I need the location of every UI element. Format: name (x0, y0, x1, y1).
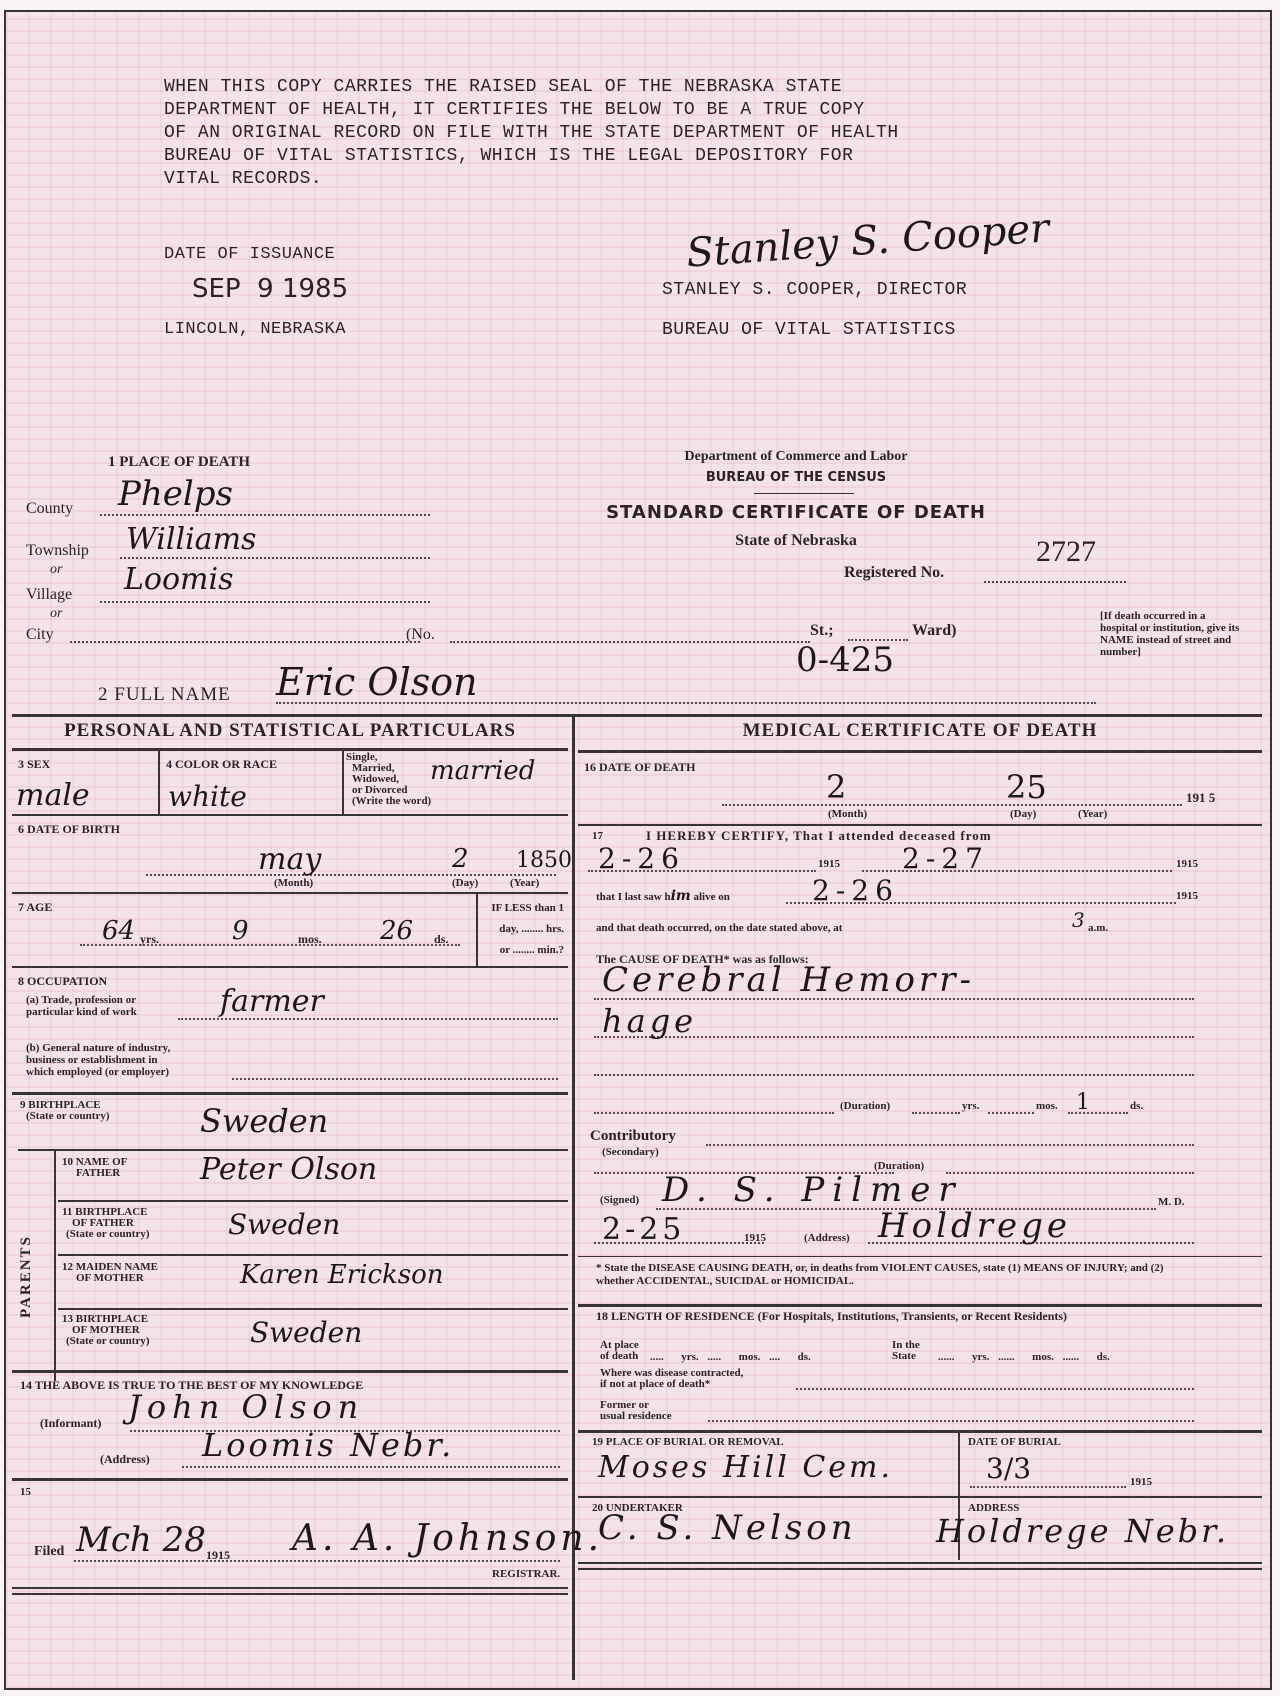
bottom-rule (12, 1593, 568, 1595)
row-divider (12, 1092, 568, 1095)
duration-line (594, 1112, 834, 1114)
last-saw-year: 1915 (1176, 890, 1198, 902)
former-residence-line (708, 1420, 1194, 1422)
row-divider (58, 1200, 568, 1202)
place-of-death-label: 1 PLACE OF DEATH (108, 454, 250, 471)
signed-date: 2-25 (602, 1212, 685, 1247)
contributory-line (706, 1144, 1194, 1146)
occupation-b-line: (b) General nature of industry, (26, 1042, 170, 1054)
row-divider (578, 1496, 1262, 1498)
last-saw-text: that I last saw h (596, 891, 671, 903)
year-caption: (Year) (510, 877, 539, 889)
mother-birthplace-label-line: (State or country) (62, 1336, 150, 1347)
village-line (100, 601, 430, 603)
bottom-rule (578, 1568, 1262, 1570)
at-place-units: ..... yrs. ..... mos. .... ds. (650, 1351, 811, 1363)
row-divider (12, 1478, 568, 1481)
filed-number: 15 (20, 1486, 31, 1498)
city-line (70, 641, 420, 643)
header-rule (754, 493, 854, 494)
physician-address-label: (Address) (804, 1232, 850, 1244)
city-label: City (26, 626, 54, 644)
filed-year: 1915 (206, 1548, 230, 1563)
ward-label: Ward) (912, 622, 956, 640)
undertaker-address-value: Holdrege Nebr. (936, 1512, 1229, 1550)
cause-line (594, 1074, 1194, 1076)
duration2-rest-line (946, 1172, 1194, 1174)
marital-label: Single, Married, Widowed, or Divorced (W… (346, 752, 431, 807)
in-state-label: In the State (892, 1340, 920, 1362)
duration-yrs-line (912, 1112, 960, 1114)
informant-address-value: Loomis Nebr. (202, 1426, 454, 1464)
medical-title-rule (578, 750, 1262, 753)
bottom-rule (578, 1562, 1262, 1564)
where-contracted-line (796, 1388, 1194, 1390)
director-bureau: BUREAU OF VITAL STATISTICS (662, 320, 956, 340)
duration-mos-line (988, 1112, 1034, 1114)
bureau-name: BUREAU OF THE CENSUS (626, 470, 966, 485)
hrs-label: hrs. (546, 923, 564, 935)
burial-date-value: 3/3 (986, 1452, 1031, 1485)
medical-section-title: MEDICAL CERTIFICATE OF DEATH (578, 720, 1262, 742)
birthplace-label: 9 BIRTHPLACE (State or country) (20, 1100, 110, 1122)
yrs-label: yrs. (140, 932, 159, 947)
row-divider (578, 1304, 1262, 1307)
day-caption: (Day) (1010, 808, 1036, 820)
less-than-label: IF LESS than 1 (482, 898, 564, 919)
row-divider (58, 1308, 568, 1310)
certification-line: DEPARTMENT OF HEALTH, IT CERTIFIES THE B… (164, 99, 899, 122)
father-birthplace-label-line: (State or country) (62, 1229, 150, 1240)
ds-label: ds. (798, 1351, 811, 1363)
street-label: St.; (810, 622, 834, 640)
ward-note: 0-425 (796, 640, 894, 680)
father-birthplace-value: Sweden (228, 1208, 340, 1241)
department-name: Department of Commerce and Labor (626, 449, 966, 465)
death-ampm: a.m. (1088, 922, 1108, 934)
age-months: 9 (232, 916, 249, 946)
age-label: 7 AGE (18, 900, 52, 915)
duration-label: (Duration) (840, 1100, 890, 1112)
attended-from: 2-26 (598, 842, 685, 875)
ds-label: ds. (1097, 1351, 1110, 1363)
informant-address-line (182, 1466, 560, 1468)
attended-from-year: 1915 (818, 858, 840, 870)
certification-line: VITAL RECORDS. (164, 168, 899, 191)
yrs-label: yrs. (681, 1351, 698, 1363)
county-line (100, 514, 430, 516)
row-divider (12, 814, 568, 816)
issuance-date: SEP 9 1985 (192, 274, 348, 304)
at-place-label: At place of death (600, 1340, 639, 1362)
less-day-label: day, (499, 923, 518, 935)
row-divider (12, 1370, 568, 1373)
dob-label: 6 DATE OF BIRTH (18, 822, 120, 837)
burial-date-line (970, 1486, 1126, 1488)
mos-label: mos. (1036, 1100, 1058, 1112)
death-time: 3 (1072, 908, 1085, 932)
full-name-value: Eric Olson (276, 660, 478, 704)
filed-date: Mch 28 (76, 1520, 206, 1560)
father-name-label: 10 NAME OF FATHER (62, 1157, 127, 1179)
row-divider (12, 892, 568, 894)
mother-birthplace-value: Sweden (250, 1316, 362, 1349)
filed-line (74, 1560, 560, 1562)
cell-divider (158, 750, 160, 814)
occupation-a-label: (a) Trade, profession or particular kind… (26, 994, 137, 1018)
last-saw-date: 2-26 (812, 874, 899, 907)
certify-number: 17 (592, 830, 603, 842)
township-value: Williams (126, 522, 256, 557)
age-years: 64 (102, 916, 135, 946)
physician-signature: D. S. Pilmer (662, 1170, 963, 1210)
dob-year: 1850 (516, 848, 572, 873)
color-value: white (168, 780, 247, 813)
row-divider (578, 1256, 1262, 1257)
physician-address: Holdrege (878, 1206, 1071, 1246)
certificate-title: STANDARD CERTIFICATE OF DEATH (576, 502, 1016, 523)
former-residence-label: Former or usual residence (600, 1400, 672, 1422)
signed-year: 1915 (744, 1232, 766, 1244)
burial-place-value: Moses Hill Cem. (598, 1450, 893, 1485)
informant-address-label: (Address) (100, 1452, 150, 1467)
in-state-units: ...... yrs. ...... mos. ...... ds. (938, 1351, 1110, 1363)
marital-value: married (430, 756, 535, 786)
registrar-signature: A. A. Johnson. (292, 1518, 603, 1559)
year-caption: (Year) (1078, 808, 1107, 820)
row-divider (578, 824, 1262, 826)
less-than-day-block: IF LESS than 1 day, ........ hrs. or ...… (482, 898, 564, 961)
registered-number: 2727 (1036, 535, 1096, 569)
burial-place-label: 19 PLACE OF BURIAL OR REMOVAL (592, 1436, 784, 1448)
cause-line-1: Cerebral Hemorr- (602, 960, 975, 1000)
informant-value: John Olson (128, 1388, 364, 1426)
or-label: or (50, 562, 62, 578)
row-divider (578, 1430, 1262, 1433)
birthplace-label-line: (State or country) (20, 1111, 110, 1122)
cell-divider (476, 892, 478, 966)
state-name: State of Nebraska (626, 532, 966, 550)
day-caption: (Day) (452, 877, 478, 889)
in-state-label-line: State (892, 1351, 920, 1362)
age-days: 26 (380, 916, 413, 946)
cause-footnote: * State the DISEASE CAUSING DEATH, or, i… (596, 1262, 1186, 1288)
certification-statement: WHEN THIS COPY CARRIES THE RAISED SEAL O… (164, 76, 899, 191)
occupation-b-line: business or establishment in (26, 1054, 170, 1066)
certification-line: OF AN ORIGINAL RECORD ON FILE WITH THE S… (164, 122, 899, 145)
month-caption: (Month) (828, 808, 867, 820)
father-birthplace-label: 11 BIRTHPLACE OF FATHER (State or countr… (62, 1207, 150, 1240)
parents-label: PARENTS (18, 1235, 35, 1318)
marital-label-line: (Write the word) (346, 796, 431, 807)
county-label: County (26, 500, 73, 518)
row-divider (18, 1149, 568, 1151)
or-label: or (500, 944, 510, 956)
at-place-label-line: of death (600, 1351, 639, 1362)
village-value: Loomis (124, 562, 233, 597)
certification-line: WHEN THIS COPY CARRIES THE RAISED SEAL O… (164, 76, 899, 99)
month-caption: (Month) (274, 877, 313, 889)
attended-to-year: 1915 (1176, 858, 1198, 870)
secondary-label: (Secondary) (602, 1146, 659, 1158)
death-time-text: and that death occurred, on the date sta… (596, 922, 842, 934)
last-saw-label: that I last saw him alive on (596, 888, 730, 904)
personal-section-title: PERSONAL AND STATISTICAL PARTICULARS (12, 720, 568, 742)
former-residence-label-line: usual residence (600, 1411, 672, 1422)
ds-label: ds. (434, 932, 448, 947)
dob-day: 2 (452, 844, 469, 874)
dod-day: 25 (1006, 768, 1047, 806)
occupation-a-line: particular kind of work (26, 1006, 137, 1018)
occupation-b-line-rule (232, 1078, 558, 1080)
dob-line (146, 874, 556, 876)
issuance-label: DATE OF ISSUANCE (164, 245, 335, 264)
issuance-place: LINCOLN, NEBRASKA (164, 320, 346, 339)
occupation-a-line: (a) Trade, profession or (26, 994, 137, 1006)
occupation-label: 8 OCCUPATION (18, 974, 107, 989)
township-line (120, 557, 430, 559)
county-value: Phelps (118, 474, 233, 514)
ds-label: ds. (1130, 1100, 1143, 1112)
row-divider (12, 966, 568, 968)
street-line (450, 641, 810, 643)
alive-on-text: alive on (693, 891, 729, 903)
yrs-label: yrs. (962, 1100, 979, 1112)
full-name-label: 2 FULL NAME (98, 684, 231, 706)
occupation-b-label: (b) General nature of industry, business… (26, 1042, 170, 1078)
registrar-label: REGISTRAR. (492, 1568, 560, 1580)
where-contracted-label: Where was disease contracted, if not at … (600, 1368, 743, 1390)
md-label: M. D. (1158, 1196, 1185, 1208)
burial-date-label: DATE OF BURIAL (968, 1436, 1061, 1448)
parents-divider (54, 1151, 56, 1381)
registered-line (984, 581, 1126, 583)
last-saw-pronoun: im (671, 888, 691, 904)
yrs-label: yrs. (972, 1351, 989, 1363)
color-label: 4 COLOR OR RACE (166, 757, 277, 772)
township-label: Township (26, 542, 89, 560)
dod-month: 2 (826, 768, 846, 806)
registered-label: Registered No. (844, 564, 944, 582)
attended-to: 2-27 (902, 842, 989, 875)
burial-year: 1915 (1130, 1476, 1152, 1488)
dod-year: 191 5 (1186, 790, 1215, 806)
or-label: or (50, 606, 62, 622)
director-signature: Stanley S. Cooper (685, 205, 1051, 276)
where-contracted-label-line: if not at place of death* (600, 1379, 743, 1390)
father-name-label-line: FATHER (62, 1168, 127, 1179)
birthplace-value: Sweden (200, 1102, 328, 1140)
father-name-value: Peter Olson (200, 1152, 377, 1187)
hospital-note: [If death occurred in a hospital or inst… (1100, 610, 1240, 658)
row-divider (58, 1254, 568, 1256)
personal-title-rule (12, 748, 568, 751)
bottom-rule (12, 1587, 568, 1589)
director-name: STANLEY S. COOPER, DIRECTOR (662, 280, 967, 300)
mother-name-label: 12 MAIDEN NAME OF MOTHER (62, 1262, 158, 1284)
duration-ds-line (1068, 1112, 1128, 1114)
certification-line: BUREAU OF VITAL STATISTICS, WHICH IS THE… (164, 145, 899, 168)
mother-birthplace-label: 13 BIRTHPLACE OF MOTHER (State or countr… (62, 1314, 150, 1347)
mother-name-label-line: OF MOTHER (62, 1273, 158, 1284)
mother-name-value: Karen Erickson (240, 1260, 444, 1290)
section-divider (12, 714, 1262, 717)
sex-value: male (16, 778, 90, 813)
residence-title: 18 LENGTH OF RESIDENCE (For Hospitals, I… (596, 1310, 1196, 1323)
occupation-b-line: which employed (or employer) (26, 1066, 170, 1078)
informant-label: (Informant) (40, 1416, 101, 1431)
sex-label: 3 SEX (18, 757, 50, 772)
dod-label: 16 DATE OF DEATH (584, 760, 695, 775)
mos-label: mos. (298, 932, 322, 947)
min-label: min.? (537, 944, 564, 956)
dod-line (722, 804, 1182, 806)
filed-label: Filed (34, 1544, 64, 1560)
street-number-label: (No. (406, 626, 435, 644)
mos-label: mos. (1032, 1351, 1054, 1363)
occupation-a-value: farmer (220, 984, 324, 1019)
death-certificate-document: WHEN THIS COPY CARRIES THE RAISED SEAL O… (4, 10, 1272, 1690)
mos-label: mos. (739, 1351, 761, 1363)
undertaker-value: C. S. Nelson (598, 1508, 857, 1548)
contributory-label: Contributory (590, 1128, 676, 1145)
village-label: Village (26, 586, 72, 604)
cell-divider (342, 750, 344, 814)
signed-label: (Signed) (600, 1194, 639, 1206)
cause-line-2: hage (602, 1002, 697, 1040)
dob-month: may (258, 842, 321, 877)
